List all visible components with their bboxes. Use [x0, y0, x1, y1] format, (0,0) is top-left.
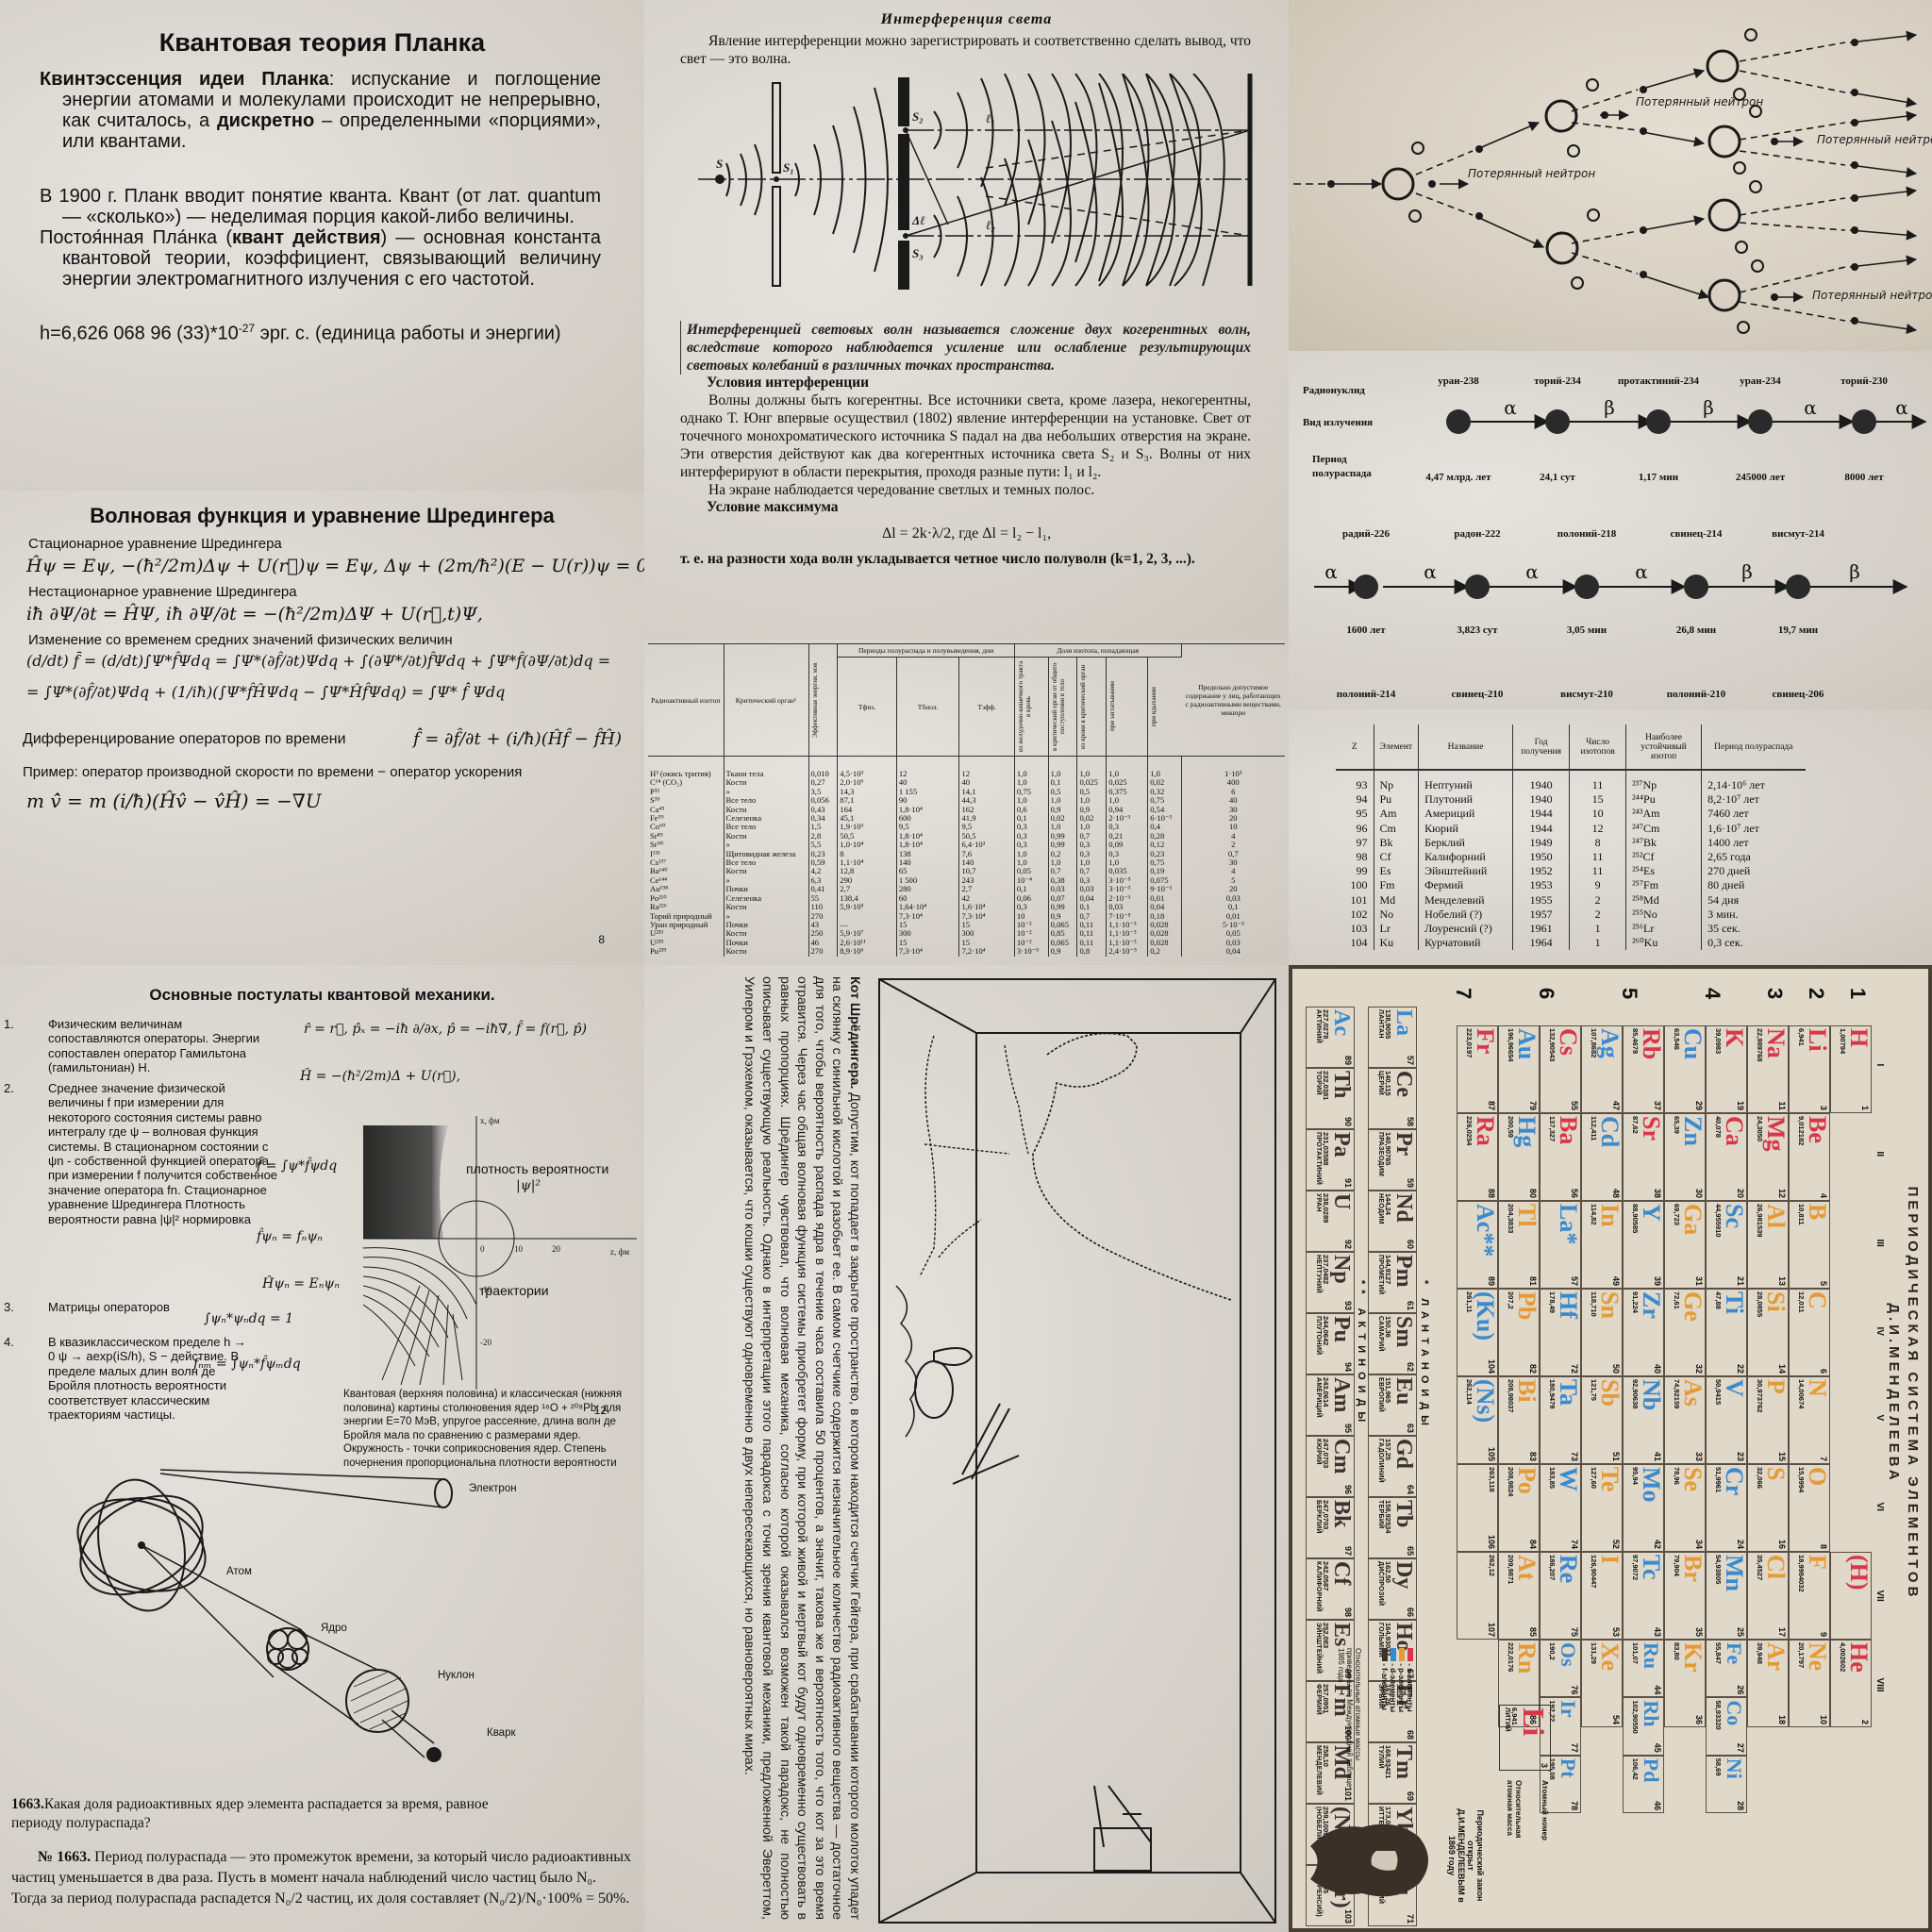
transuranic-cell: 1,6·10⁷ лет — [1702, 822, 1806, 836]
element-mass: 24,3050 — [1756, 1116, 1764, 1198]
transuranic-cell: 94 — [1336, 792, 1374, 807]
element-atomic-number: 7 — [1819, 1457, 1828, 1461]
element-cell: In49114,82 — [1581, 1201, 1623, 1289]
element-mass: 1,00794 — [1839, 1028, 1847, 1110]
maximum-formula: Δl = 2k·λ/2, где Δl = l₂ − l₁, — [644, 525, 1289, 542]
element-atomic-number: 61 — [1406, 1301, 1415, 1310]
isotope-cell: 0,8 — [1077, 947, 1107, 956]
element-atomic-number: 59 — [1406, 1178, 1415, 1188]
element-cell: Pr59140,90765ПРАЗЕОДИМ — [1368, 1129, 1417, 1191]
postulates-slide: Основные постулаты квантовой механики. 1… — [0, 965, 644, 1932]
element-mass: 209,9871 — [1507, 1555, 1515, 1637]
element-name: ЕВРОПИЙ — [1377, 1377, 1384, 1433]
element-symbol: Se — [1681, 1467, 1704, 1549]
element-symbol: Sb — [1598, 1379, 1621, 1461]
periodic-table-title: ПЕРИОДИЧЕСКАЯ СИСТЕМА ЭЛЕМЕНТОВ — [1905, 1129, 1921, 1657]
postulate-1-text: Физическим величинам сопоставляются опер… — [48, 1017, 265, 1075]
element-name: КЮРИЙ — [1315, 1439, 1322, 1494]
element-atomic-number: 21 — [1736, 1276, 1745, 1286]
interference-title: Интерференция света — [644, 11, 1289, 28]
isotope-cell: 0,04 — [1181, 947, 1285, 956]
element-atomic-number: 52 — [1611, 1540, 1621, 1549]
element-cell: Cu2963,546 — [1664, 1025, 1706, 1113]
element-cell: Rh45102,90550 — [1623, 1697, 1664, 1755]
element-atomic-number: 33 — [1694, 1452, 1704, 1461]
col-fraction-1: из желудочно-кишечного тракта в кровь — [1014, 658, 1048, 757]
element-cell: Ta73180,9479 — [1540, 1376, 1581, 1464]
transuranic-cell: 80 дней — [1702, 878, 1806, 892]
element-atomic-number: 92 — [1343, 1240, 1353, 1249]
element-cell: Nd60144,24НЕОДИМ — [1368, 1191, 1417, 1252]
element-symbol: H — [1847, 1028, 1870, 1110]
atom-structure-diagram — [66, 1460, 557, 1781]
equation-acceleration: m v̂̇ = m (i/ħ)(Ĥv̂ − v̂Ĥ) = −∇U — [26, 790, 644, 812]
planck-constant-text: Постоя́нная Пла́нка ( — [40, 227, 232, 248]
element-cell: S1632,066 — [1747, 1464, 1789, 1552]
element-name: ПЛУТОНИЙ — [1315, 1316, 1322, 1372]
element-cell: Tc4397,9072 — [1623, 1552, 1664, 1640]
maximum-explanation: т. е. на разности хода волн укладывается… — [680, 550, 1251, 568]
nuclide-label: радон-222 — [1454, 528, 1500, 540]
transuranic-header: Год получения — [1513, 724, 1570, 770]
transuranic-cell: ²⁴⁷Bk — [1626, 836, 1702, 850]
element-atomic-number: 20 — [1736, 1189, 1745, 1198]
element-mass: 106,42 — [1631, 1758, 1640, 1810]
element-cell: Cl1735,4527 — [1747, 1552, 1789, 1640]
element-symbol: K — [1723, 1028, 1745, 1110]
nuclide-node — [1684, 575, 1708, 599]
plot-x-tick-0: 0 — [480, 1244, 485, 1254]
plot-caption: Квантовая (верхняя половина) и классичес… — [343, 1388, 626, 1470]
isotope-cell: Кости — [724, 832, 808, 841]
solution-number: № 1663. — [38, 1849, 91, 1865]
transuranic-cell: Берклий — [1419, 836, 1513, 850]
isotope-cell: 1,0·10⁴ — [838, 841, 897, 849]
isotope-cell: 0,9 — [1048, 947, 1077, 956]
group-header: VII — [1874, 1591, 1885, 1602]
half-life-label: 4,47 млрд. лет — [1425, 472, 1491, 483]
element-mass: 88,90585 — [1631, 1204, 1640, 1286]
isotope-cell: 1,0 — [1148, 757, 1181, 779]
transuranic-row: 100FmФермий19539²⁵⁷Fm80 дней — [1336, 878, 1806, 892]
col-t-eff: Tэфф. — [959, 658, 1014, 757]
element-cell: Pu94244,0642ПЛУТОНИЙ — [1306, 1313, 1355, 1374]
conditions-heading: Условия интерференции — [707, 375, 1289, 391]
element-atomic-number: 44 — [1653, 1685, 1662, 1694]
element-atomic-number: 10 — [1819, 1715, 1828, 1724]
element-mass: 178,49 — [1548, 1291, 1557, 1374]
element-mass: 63,546 — [1673, 1028, 1681, 1110]
element-symbol: Br — [1681, 1555, 1704, 1637]
element-symbol: La* — [1557, 1204, 1579, 1286]
nuclide-label: полоний-210 — [1667, 689, 1726, 700]
emission-type: β — [1604, 396, 1615, 419]
planck-title: Квантовая теория Планка — [0, 28, 644, 58]
label-l1: ℓ₁ — [986, 111, 995, 125]
col-group-periods: Периоды полураспада и полувыведения, дни — [838, 644, 1015, 658]
element-atomic-number: 12 — [1777, 1189, 1787, 1198]
element-cell: Np93237,0482НЕПТУНИЙ — [1306, 1252, 1355, 1313]
element-cell: Cm96247,0703КЮРИЙ — [1306, 1436, 1355, 1497]
element-atomic-number: 62 — [1406, 1362, 1415, 1372]
element-cell: O815,9994 — [1789, 1464, 1830, 1552]
element-name: ПРАЗЕОДИМ — [1377, 1132, 1384, 1188]
label-s: S — [716, 157, 723, 171]
transuranic-cell: 102 — [1336, 908, 1374, 922]
element-mass: 30,973762 — [1756, 1379, 1764, 1461]
element-atomic-number: 89 — [1343, 1056, 1353, 1065]
element-cell: F918,9984032 — [1789, 1552, 1830, 1640]
element-cell: Te52127,60 — [1581, 1464, 1623, 1552]
element-symbol: In — [1598, 1204, 1621, 1286]
element-cell: Po84208,9824 — [1498, 1464, 1540, 1552]
label-mean-values: Изменение со временем средних значений ф… — [28, 632, 644, 648]
atom-label-electron: Электрон — [469, 1483, 517, 1494]
element-cell: P1530,973762 — [1747, 1376, 1789, 1464]
element-symbol: Ne — [1806, 1642, 1828, 1724]
isotope-cell: 12 — [896, 757, 959, 779]
legend-d: - d-элементы — [1389, 1663, 1397, 1712]
solution-text: Период полураспада — это промежуток врем… — [11, 1849, 631, 1907]
legend-key-cell: Li 3 6,941 ЛИТИЙ — [1499, 1705, 1551, 1771]
transuranic-cell: 1964 — [1513, 936, 1570, 950]
transuranic-table-body: 93NpНептуний194011²³⁷Np2,14·10⁶ лет94PuП… — [1336, 770, 1806, 950]
transuranic-cell: ²⁴⁴Pu — [1626, 792, 1702, 807]
element-symbol: Ba — [1557, 1116, 1579, 1198]
element-name: БЕРКЛИЙ — [1315, 1500, 1322, 1556]
transuranic-cell: Lr — [1374, 922, 1419, 936]
element-atomic-number: 15 — [1777, 1452, 1787, 1461]
transuranic-cell: 101 — [1336, 893, 1374, 908]
legend-f: - f-элементы — [1380, 1663, 1389, 1710]
nuclide-label: полоний-218 — [1557, 528, 1617, 540]
schrodinger-title: Волновая функция и уравнение Шредингера — [0, 504, 644, 528]
periodic-table-rotated: ПЕРИОДИЧЕСКАЯ СИСТЕМА ЭЛЕМЕНТОВ Д.И.МЕНД… — [1289, 965, 1932, 1932]
element-mass: 26,981539 — [1756, 1204, 1764, 1286]
element-symbol: Na — [1764, 1028, 1787, 1110]
transuranic-cell: 103 — [1336, 922, 1374, 936]
isotope-cell: Кости — [724, 947, 808, 956]
element-atomic-number: 57 — [1570, 1276, 1579, 1286]
element-symbol: Sc — [1723, 1204, 1745, 1286]
half-life-label: 1,17 мин — [1639, 472, 1678, 483]
transuranic-cell: 1957 — [1513, 908, 1570, 922]
schrodinger-cat-illustration — [868, 965, 1289, 1932]
element-cell: Be49,012182 — [1789, 1113, 1830, 1201]
label-s2: S₂ — [912, 109, 924, 124]
transuranic-cell: 8 — [1570, 836, 1626, 850]
element-mass: 28,0855 — [1756, 1291, 1764, 1374]
transuranic-cell: 93 — [1336, 770, 1374, 792]
element-name: ПРОТАКТИНИЙ — [1315, 1132, 1322, 1188]
planck-constant-value: h=6,626 068 96 (33)*10-27 эрг. с. (едини… — [40, 318, 601, 344]
group-header: I — [1874, 1064, 1885, 1067]
page-number: 8 — [598, 933, 605, 946]
element-symbol: Zn — [1681, 1116, 1704, 1198]
uranium-decay-chain: Радионуклид Вид излучения Период полурас… — [1289, 351, 1932, 709]
element-mass: 6,941 — [1797, 1028, 1806, 1110]
isotope-cell: C¹⁴ (CO₂) — [648, 778, 724, 787]
element-atomic-number: 63 — [1406, 1424, 1415, 1433]
element-cell: Xe54131,29 — [1581, 1640, 1623, 1727]
transuranic-cell: ²⁵⁷Fm — [1626, 878, 1702, 892]
nuclide-node — [1465, 575, 1490, 599]
element-symbol: Cr — [1723, 1467, 1745, 1549]
transuranic-cell: Нобелий (?) — [1419, 908, 1513, 922]
element-mass: 131,29 — [1590, 1642, 1598, 1724]
element-cell: Zr4091,224 — [1623, 1289, 1664, 1376]
transuranic-cell: Pu — [1374, 792, 1419, 807]
element-symbol: Ti — [1723, 1291, 1745, 1374]
element-cell: Ac89227,0278АКТИНИЙ — [1306, 1007, 1355, 1068]
postulate-4-text: В квазиклассическом пределе h → 0 ψ → ae… — [48, 1335, 256, 1422]
element-cell: Se3478,96 — [1664, 1464, 1706, 1552]
transuranic-cell: Am — [1374, 807, 1419, 821]
isotope-cell: 270 — [808, 947, 838, 956]
isotope-cell: 1,0 — [1048, 757, 1077, 779]
element-name: МЕНДЕЛЕВИЙ — [1315, 1745, 1322, 1801]
transuranic-cell: Нептуний — [1419, 770, 1513, 792]
element-cell: Bi83208,98037 — [1498, 1376, 1540, 1464]
element-mass: 121,75 — [1590, 1379, 1598, 1461]
element-mass: 101,07 — [1631, 1642, 1640, 1694]
element-mass: 137,327 — [1548, 1116, 1557, 1198]
element-mass: 97,9072 — [1631, 1555, 1640, 1637]
element-atomic-number: 72 — [1570, 1364, 1579, 1374]
planck-action-quantum-bold: квант действия — [232, 227, 381, 248]
emission-type: α — [1525, 560, 1539, 583]
element-atomic-number: 17 — [1777, 1627, 1787, 1637]
nuclide-node — [1446, 409, 1471, 434]
transuranic-cell: 1949 — [1513, 836, 1570, 850]
element-symbol: Tl — [1515, 1204, 1538, 1286]
element-mass: 162,50 — [1384, 1561, 1392, 1617]
lost-neutron-label-3: Потерянный нейтрон — [1817, 133, 1932, 146]
nuclide-node — [1354, 575, 1378, 599]
transuranic-cell: 1952 — [1513, 864, 1570, 878]
transuranic-cell: ²⁴³Am — [1626, 807, 1702, 821]
transuranic-cell: ²⁵⁴Es — [1626, 864, 1702, 878]
transuranic-cell: 1944 — [1513, 807, 1570, 821]
element-mass: 44,955910 — [1714, 1204, 1723, 1286]
planck-essence-bold: Квинтэссенция идеи Планка — [40, 69, 329, 90]
element-cell: Ag47107,8682 — [1581, 1025, 1623, 1113]
col-organ: Критический орган¹ — [724, 644, 808, 757]
label-radionuclide: Радионуклид — [1303, 385, 1365, 396]
element-cell: La57138,9055ЛАНТАН — [1368, 1007, 1417, 1068]
half-life-label: 8000 лет — [1844, 472, 1883, 483]
lost-neutron-label-2: Потерянный нейтрон — [1636, 95, 1763, 108]
element-cell: Hg80200,59 — [1498, 1113, 1540, 1201]
nuclide-label: висмут-214 — [1772, 528, 1824, 540]
element-cell: At85209,9871 — [1498, 1552, 1540, 1640]
screen-text: На экране наблюдается чередование светлы… — [680, 481, 1251, 499]
mass-note: Относительные атомные массы приведены по… — [1337, 1648, 1362, 1799]
element-cell: Cs55132,90543 — [1540, 1025, 1581, 1113]
element-cell: He24,002602 — [1830, 1640, 1872, 1727]
element-symbol: At — [1515, 1555, 1538, 1637]
period-number: 4 — [1700, 988, 1724, 999]
transuranic-cell: Md — [1374, 893, 1419, 908]
element-atomic-number: 78 — [1570, 1801, 1579, 1810]
element-atomic-number: 104 — [1487, 1359, 1496, 1374]
periodic-table-page: ПЕРИОДИЧЕСКАЯ СИСТЕМА ЭЛЕМЕНТОВ Д.И.МЕНД… — [1289, 965, 1932, 1932]
element-atomic-number: 96 — [1343, 1485, 1353, 1494]
element-mass: 196,96654 — [1507, 1028, 1515, 1110]
element-symbol: V — [1723, 1379, 1745, 1461]
label-delta-l: Δℓ — [911, 213, 925, 227]
transuranic-cell: 8,2·10⁷ лет — [1702, 792, 1806, 807]
element-cell: V2350,9415 — [1706, 1376, 1747, 1464]
postulate-2-number: 2. — [4, 1081, 14, 1095]
transuranic-cell: 3 мин. — [1702, 908, 1806, 922]
element-symbol: I — [1598, 1555, 1621, 1637]
postulate-3-number: 3. — [4, 1300, 14, 1314]
element-cell: Ca2040,078 — [1706, 1113, 1747, 1201]
element-symbol: Cl — [1764, 1555, 1787, 1637]
element-mass: 242,0587 — [1322, 1561, 1330, 1617]
element-symbol: Mg — [1764, 1116, 1787, 1198]
element-atomic-number: 65 — [1406, 1546, 1415, 1556]
element-atomic-number: 79 — [1528, 1101, 1538, 1110]
planck-theory-slide: Квантовая теория Планка Квинтэссенция ид… — [0, 0, 644, 491]
element-cell: Am95243,0614АМЕРИЦИЙ — [1306, 1374, 1355, 1436]
portrait-caption: Периодический закон открыт Д.И.МЕНДЕЛЕЕВ… — [1447, 1799, 1485, 1912]
transuranic-cell: ²⁵⁶Lr — [1626, 922, 1702, 936]
transuranic-row: 101MdМенделевий19552²⁵⁸Md54 дня — [1336, 893, 1806, 908]
col-limit: Предельно допустимое содержание у лиц, р… — [1181, 644, 1285, 757]
plot-y-axis-label: x, фм — [480, 1116, 500, 1125]
element-atomic-number: 42 — [1653, 1540, 1662, 1549]
emission-type: β — [1849, 560, 1860, 583]
transuranic-cell: 104 — [1336, 936, 1374, 950]
element-mass: 247,0703 — [1322, 1500, 1330, 1556]
element-cell: Fe2655,847 — [1706, 1640, 1747, 1697]
element-atomic-number: 87 — [1487, 1101, 1496, 1110]
transuranic-row: 102NoНобелий (?)19572²⁵⁵No3 мин. — [1336, 908, 1806, 922]
element-cell: Br3579,904 — [1664, 1552, 1706, 1640]
element-mass: 223,0197 — [1465, 1028, 1474, 1110]
element-cell: Tb65158,92534ТЕРБИЙ — [1368, 1497, 1417, 1558]
transuranic-cell: Плутоний — [1419, 792, 1513, 807]
transuranic-cell: 100 — [1336, 878, 1374, 892]
element-mass: 114,82 — [1590, 1204, 1598, 1286]
legend-p: - p-элементы — [1397, 1663, 1406, 1712]
element-atomic-number: 27 — [1736, 1743, 1745, 1753]
element-mass: 257,0951 — [1322, 1684, 1330, 1740]
transuranic-header: Наиболее устойчивый изотоп — [1626, 724, 1702, 770]
element-atomic-number: 38 — [1653, 1189, 1662, 1198]
element-atomic-number: 34 — [1694, 1540, 1704, 1549]
element-name: ГАДОЛИНИЙ — [1377, 1439, 1384, 1494]
element-symbol: C — [1806, 1291, 1828, 1374]
element-symbol: O — [1806, 1467, 1828, 1549]
emission-lead-in: α — [1324, 560, 1338, 583]
element-mass: 204,3833 — [1507, 1204, 1515, 1286]
isotope-cell: P³² — [648, 788, 724, 796]
element-cell: Li36,941 — [1789, 1025, 1830, 1113]
element-name: ДИСПРОЗИЙ — [1377, 1561, 1384, 1617]
transuranic-cell: 1953 — [1513, 878, 1570, 892]
isotope-cell: 1,0 — [1107, 757, 1148, 779]
element-atomic-number: 5 — [1819, 1281, 1828, 1286]
plot-label-trajectories: траектории — [479, 1283, 549, 1298]
isotope-cell: 0,2 — [1148, 947, 1181, 956]
element-symbol: Xe — [1598, 1642, 1621, 1724]
element-cell: Pb82207,2 — [1498, 1289, 1540, 1376]
lanthanides-label: * ЛАНТАНОИДЫ — [1419, 1280, 1430, 1431]
transuranic-elements-page: ZЭлементНазваниеГод полученияЧисло изото… — [1289, 709, 1932, 965]
maximum-heading: Условие максимума — [707, 499, 1289, 516]
element-cell: Sm62150,36САМАРИЙ — [1368, 1313, 1417, 1374]
element-mass: 207,2 — [1507, 1291, 1515, 1374]
equation-stationary: Ĥψ = Eψ, −(ħ²/2m)Δψ + U(r⃗)ψ = Eψ, Δψ + … — [26, 556, 644, 576]
element-symbol: As — [1681, 1379, 1704, 1461]
radioisotope-table: Радиоактивный изотоп Критический орган¹ … — [648, 643, 1285, 957]
element-mass: 20,1797 — [1797, 1642, 1806, 1724]
isotope-cell: 12 — [959, 757, 1014, 779]
transuranic-cell: 11 — [1570, 850, 1626, 864]
element-cell: Sn50118,710 — [1581, 1289, 1623, 1376]
element-cell: B510,811 — [1789, 1201, 1830, 1289]
planck-discrete-bold: дискретно — [217, 110, 314, 131]
element-cell: La*57 — [1540, 1201, 1581, 1289]
element-mass: 102,90550 — [1631, 1700, 1640, 1752]
element-symbol: Rb — [1640, 1028, 1662, 1110]
element-mass: 238,0289 — [1322, 1193, 1330, 1249]
transuranic-cell: Лоуренсий (?) — [1419, 922, 1513, 936]
element-cell: Cr2451,9961 — [1706, 1464, 1747, 1552]
col-fraction-4: при заглатывании — [1107, 658, 1148, 757]
element-mass: 4,002602 — [1839, 1642, 1847, 1724]
element-atomic-number: 8 — [1819, 1544, 1828, 1549]
half-life-label: 245000 лет — [1736, 472, 1785, 483]
element-symbol: Cu — [1681, 1028, 1704, 1110]
element-atomic-number: 37 — [1653, 1101, 1662, 1110]
transuranic-cell: 0,3 сек. — [1702, 936, 1806, 950]
transuranic-header: Число изотопов — [1570, 724, 1626, 770]
transuranic-cell: Курчатовий — [1419, 936, 1513, 950]
cat-body-text: Допустим, кот попадает в закрытое простр… — [741, 976, 862, 1920]
element-atomic-number: 32 — [1694, 1364, 1704, 1374]
transuranic-cell: 1940 — [1513, 792, 1570, 807]
element-cell: Sb51121,75 — [1581, 1376, 1623, 1464]
element-symbol: Ca — [1723, 1116, 1745, 1198]
isotope-cell: 1,0 — [1077, 757, 1107, 779]
interference-definition: Интерференцией световых волн называется … — [680, 321, 1251, 375]
element-atomic-number: 84 — [1528, 1540, 1538, 1549]
isotope-cell: Ткани тела — [724, 757, 808, 779]
radioisotope-table-page: Радиоактивный изотоп Критический орган¹ … — [644, 640, 1289, 965]
element-mass: 190,2 — [1548, 1642, 1557, 1694]
transuranic-cell: 54 дня — [1702, 893, 1806, 908]
neutron-chain-reaction-svg: Потерянный нейтрон Потерянный нейтрон По… — [1289, 0, 1932, 351]
element-atomic-number: 97 — [1343, 1546, 1353, 1556]
element-cell: Pd46106,42 — [1623, 1756, 1664, 1813]
element-name: НЕОДИМ — [1377, 1193, 1384, 1249]
element-atomic-number: 41 — [1653, 1452, 1662, 1461]
element-atomic-number: 18 — [1777, 1715, 1787, 1724]
element-name: АМЕРИЦИЙ — [1315, 1377, 1322, 1433]
atom-label-atom: Атом — [226, 1566, 252, 1577]
col-fraction-3: из крови в критический орган — [1077, 658, 1107, 757]
element-atomic-number: 85 — [1528, 1627, 1538, 1637]
element-name: ЦЕРИЙ — [1377, 1071, 1384, 1126]
transuranic-header: Название — [1419, 724, 1513, 770]
element-cell: Al1326,981539 — [1747, 1201, 1789, 1289]
conditions-text: Волны должны быть когерентны. Все источн… — [680, 391, 1251, 481]
transuranic-cell: 11 — [1570, 770, 1626, 792]
